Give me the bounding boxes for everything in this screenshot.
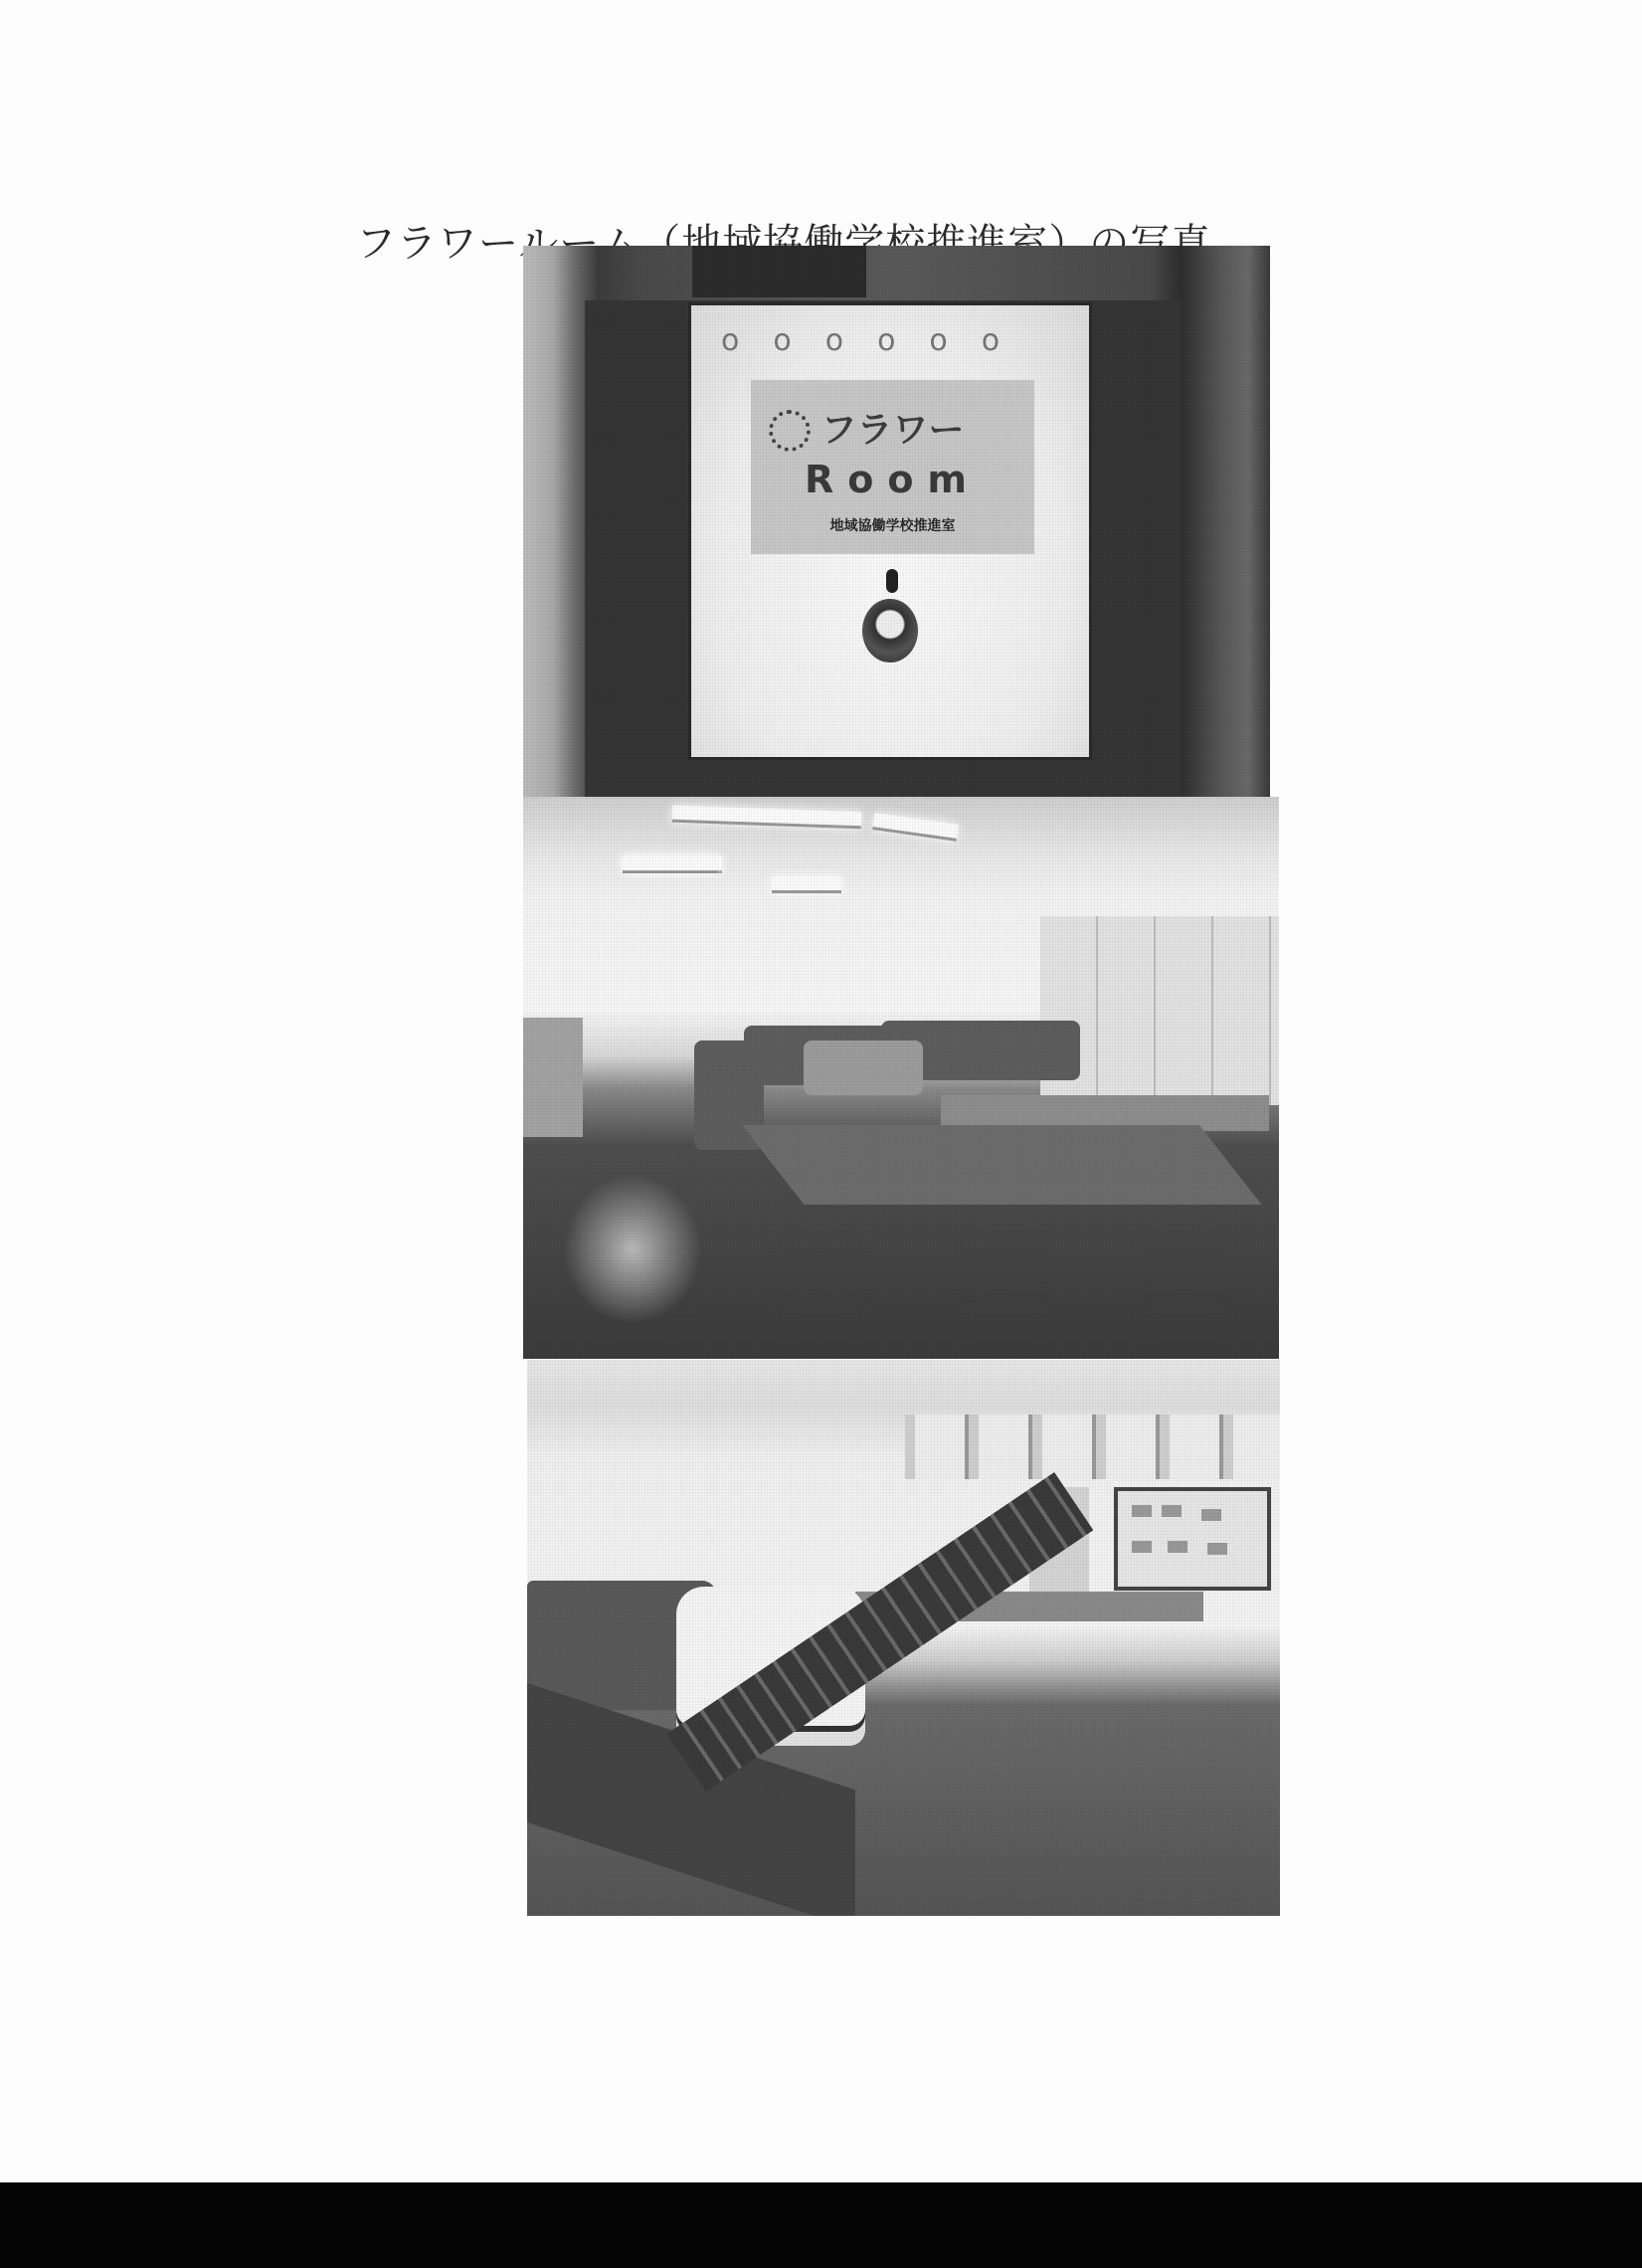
board-photo [1132,1505,1152,1517]
ceiling-light [772,876,841,893]
board-photo [1162,1505,1182,1517]
room-sign: フラワー Room 地域協働学校推進室 [751,380,1034,554]
curtain-rings: oooooo [721,323,1033,358]
ceiling-light [672,806,861,830]
floor-reflection [563,1175,702,1324]
door-window: oooooo フラワー Room 地域協働学校推進室 [688,302,1092,760]
photo-entrance-door: oooooo フラワー Room 地域協働学校推進室 [523,246,1270,797]
photo-meeting-area [523,797,1279,1359]
sign-title: フラワー [751,402,1034,453]
ceiling-light [872,813,959,842]
long-table [742,1125,1262,1205]
cabinet [523,1018,583,1137]
sofa [804,1040,923,1095]
board-photo [1207,1543,1227,1555]
photo-lounge-area [527,1360,1280,1916]
board-photo [1201,1509,1221,1521]
sign-subtitle: 地域協働学校推進室 [751,515,1034,535]
windows [905,1415,1280,1479]
notice-board [1114,1487,1271,1591]
scan-border [0,2182,1642,2268]
door-closer [692,246,866,297]
sign-room: Room [751,458,1034,501]
hook-icon [886,569,898,593]
ceiling-light [623,856,718,873]
board-photo [1132,1541,1152,1553]
board-photo [1168,1541,1187,1553]
wreath-icon [862,599,918,662]
